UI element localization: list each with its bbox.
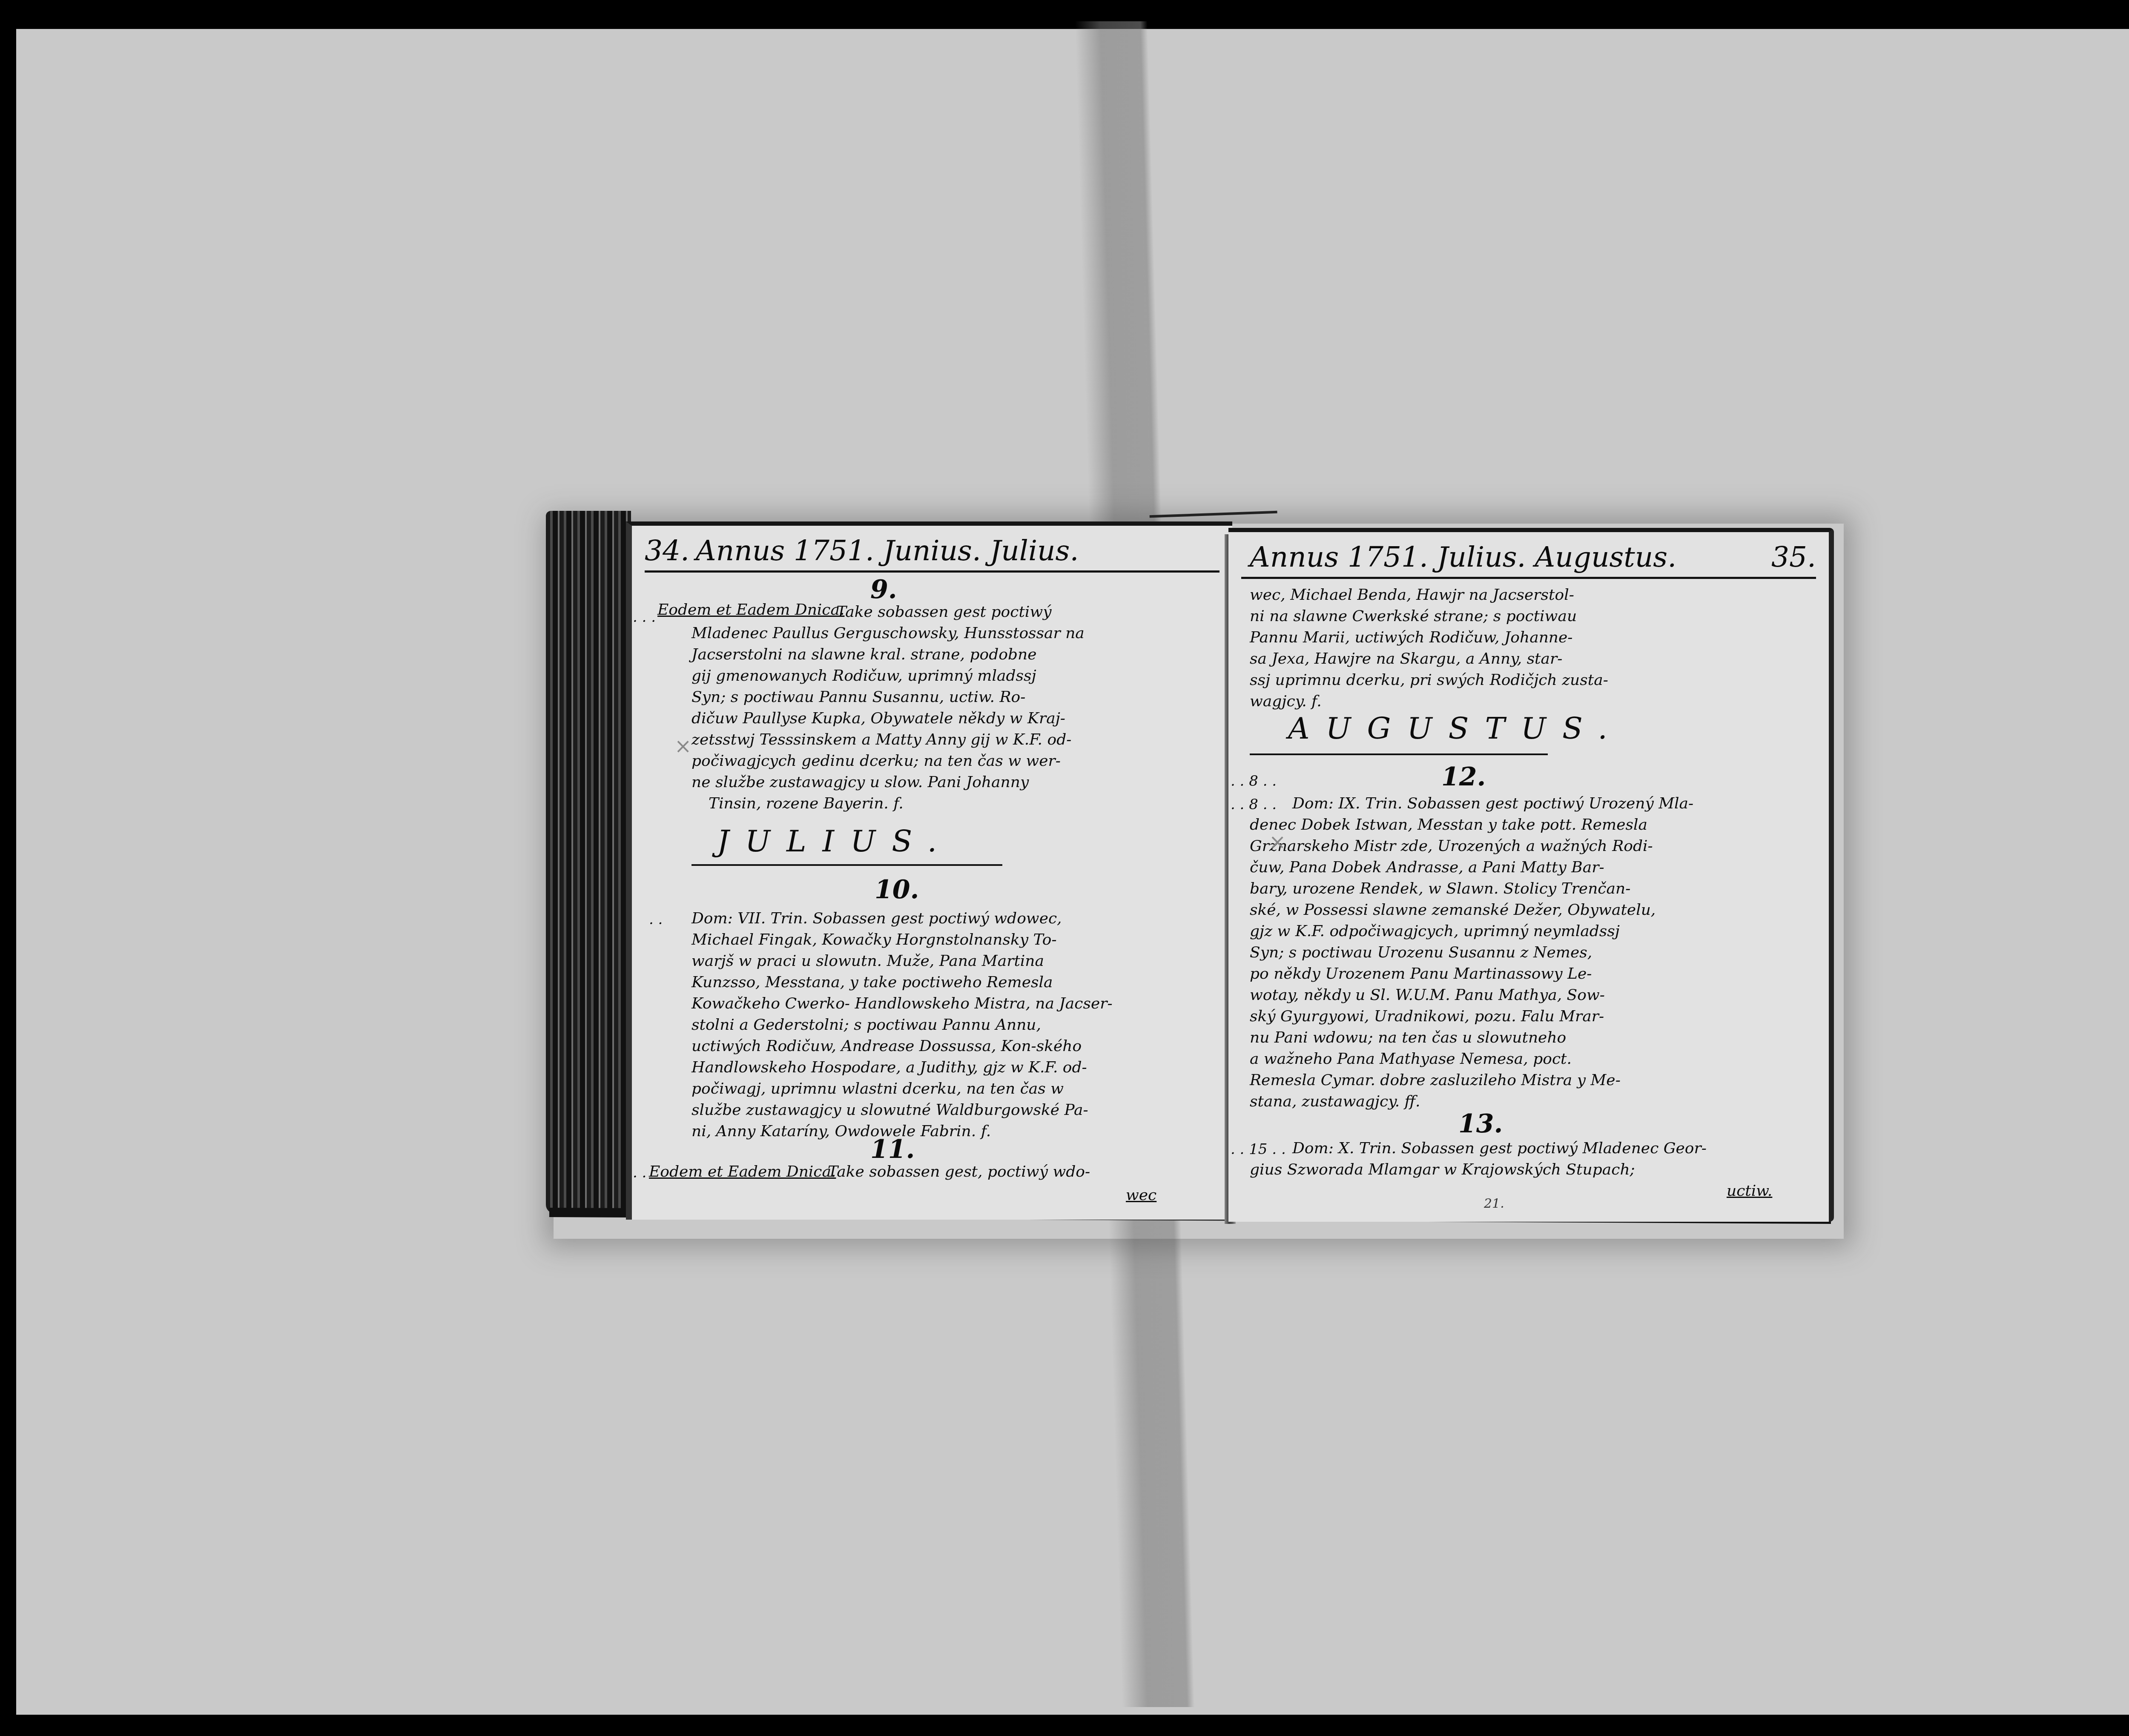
entry-line: denec Dobek Istwan, Messtan y take pott.…	[1250, 817, 1647, 833]
entry-line: ský Gyurgyowi, Uradnikowi, pozu. Falu Mr…	[1250, 1009, 1604, 1024]
entry-line: Jacserstolni na slawne kral. strane, pod…	[691, 647, 1036, 662]
pencil-x-mark: ×	[674, 734, 691, 758]
month-divider	[1250, 753, 1548, 755]
month-divider	[691, 864, 1002, 866]
entry-line: uctiwých Rodičuw, Andrease Dossussa, Kon…	[691, 1039, 1082, 1054]
entry-line: Kowačkeho Cwerko- Handlowskeho Mistra, n…	[691, 996, 1113, 1011]
entry-line: Dom: VII. Trin. Sobassen gest poctiwý wd…	[691, 911, 1062, 926]
entry-line: počiwagj, uprimnu wlastni dcerku, na ten…	[691, 1081, 1064, 1097]
page-number: 34.	[645, 534, 689, 567]
pencil-x-mark: ×	[1269, 830, 1286, 854]
entry-line: ské, w Possessi slawne zemanské Dežer, O…	[1250, 902, 1656, 918]
entry-line: a wažneho Pana Mathyase Nemesa, poct.	[1250, 1051, 1572, 1067]
entry-line: Handlowskeho Hospodare, a Judithy, gjz w…	[691, 1060, 1087, 1075]
entry-line: ni, Anny Kataríny, Owdowele Fabrin. f.	[691, 1124, 991, 1139]
entry-line: službe zustawagjcy u slowutné Waldburgow…	[691, 1103, 1088, 1118]
entry-line: Dom: X. Trin. Sobassen gest poctiwý Mlad…	[1292, 1141, 1707, 1156]
entry-line: Take sobassen gest poctiwý	[836, 604, 1052, 620]
entry-line: Kunzsso, Messtana, y take poctiweho Reme…	[691, 975, 1053, 990]
folio-mark: 21.	[1484, 1196, 1504, 1211]
entry-line: Tinsin, rozene Bayerin. f.	[709, 796, 904, 811]
entry-line: gjz w K.F. odpočiwagjcych, uprimný neyml…	[1250, 924, 1620, 939]
entry-line: warjš w praci u slowutn. Muže, Pana Mart…	[691, 954, 1044, 969]
month-heading: JULIUS.	[717, 824, 953, 859]
page-header-title: Annus 1751. Julius. Augustus.	[1250, 541, 1676, 573]
entry-line: sa Jexa, Hawjre na Skargu, a Anny, star-	[1250, 651, 1562, 667]
entry-line: Syn; s poctiwau Urozenu Susannu z Nemes,	[1250, 945, 1592, 960]
entry-line: gius Szworada Mlamgar w Krajowských Stup…	[1250, 1162, 1635, 1177]
entry-line: ni na slawne Cwerkské strane; s poctiwau	[1250, 609, 1577, 624]
entry-line: stolni a Gederstolni; s poctiwau Pannu A…	[691, 1017, 1041, 1033]
entry-line: Syn; s poctiwau Pannu Susannu, uctiw. Ro…	[691, 690, 1025, 705]
left-page-header: 34. Annus 1751. Junius. Julius.	[645, 534, 1219, 573]
margin-mark: . .	[649, 911, 663, 928]
entry-line: Michael Fingak, Kowačky Horgnstolnansky …	[691, 932, 1057, 948]
entry-line: uctiw.	[1727, 1183, 1772, 1199]
entry-line: zetsstwj Tesssinskem a Matty Anny gij w …	[691, 732, 1071, 748]
entry-line: po někdy Urozenem Panu Martinassowy Le-	[1250, 966, 1592, 982]
entry-line: Take sobassen gest, poctiwý wdo-	[828, 1164, 1090, 1180]
entry-line: Remesla Cymar. dobre zasluzileho Mistra …	[1250, 1073, 1621, 1088]
entry-line: gij gmenowanych Rodičuw, uprimný mladssj	[691, 668, 1036, 684]
left-page: 34. Annus 1751. Junius. Julius. 9. . . .…	[626, 521, 1232, 1220]
margin-mark: . . 8 . .	[1231, 773, 1277, 790]
entry-line: wotay, někdy u Sl. W.U.M. Panu Mathya, S…	[1250, 988, 1605, 1003]
margin-mark: . .	[633, 1164, 646, 1181]
book-page-edges	[546, 511, 631, 1213]
entry-number: 11.	[870, 1134, 915, 1164]
entry-line: Mladenec Paullus Gerguschowsky, Hunsstos…	[691, 626, 1085, 641]
entry-line: wagjcy. f.	[1250, 694, 1322, 709]
entry-line: počiwagjcych gedinu dcerku; na ten čas w…	[691, 753, 1061, 769]
right-page: Annus 1751. Julius. Augustus. 35. wec, M…	[1228, 528, 1834, 1222]
entry-line: bary, urozene Rendek, w Slawn. Stolicy T…	[1250, 881, 1630, 897]
margin-mark: . . .	[633, 609, 656, 626]
entry-line: dičuw Paullyse Kupka, Obywatele někdy w …	[691, 711, 1065, 726]
entry-line: ne službe zustawagjcy u slow. Pani Johan…	[691, 775, 1029, 790]
entry-number: 9.	[870, 575, 897, 604]
entry-number: 12.	[1441, 762, 1486, 792]
entry-line: stana, zustawagjcy. ff.	[1250, 1094, 1420, 1109]
month-heading: AUGUSTUS.	[1288, 711, 1624, 746]
entry-heading: Eodem et Eadem Dnica.	[649, 1164, 836, 1180]
right-page-header: Annus 1751. Julius. Augustus. 35.	[1241, 541, 1816, 579]
page-header-title: Annus 1751. Junius. Julius.	[696, 534, 1079, 567]
entry-line: ssj uprimnu dcerku, pri swých Rodičjch z…	[1250, 673, 1608, 688]
entry-line: Grznarskeho Mistr zde, Urozených a wažný…	[1250, 839, 1653, 854]
entry-line: nu Pani wdowu; na ten čas u slowutneho	[1250, 1030, 1566, 1046]
page-number: 35.	[1771, 541, 1816, 573]
entry-heading: Eodem et Eadem Dnica.	[657, 602, 844, 618]
entry-line: Dom: IX. Trin. Sobassen gest poctiwý Uro…	[1292, 796, 1693, 811]
entry-line: wec, Michael Benda, Hawjr na Jacserstol-	[1250, 587, 1574, 603]
entry-line: čuw, Pana Dobek Andrasse, a Pani Matty B…	[1250, 860, 1604, 875]
entry-line: Pannu Marii, uctiwých Rodičuw, Johanne-	[1250, 630, 1573, 645]
entry-line: wec	[1126, 1188, 1156, 1203]
margin-mark: . . 8 . .	[1231, 796, 1277, 813]
entry-number: 13.	[1458, 1109, 1503, 1139]
entry-number: 10.	[875, 875, 919, 905]
margin-mark: . . 15 . .	[1231, 1141, 1286, 1158]
